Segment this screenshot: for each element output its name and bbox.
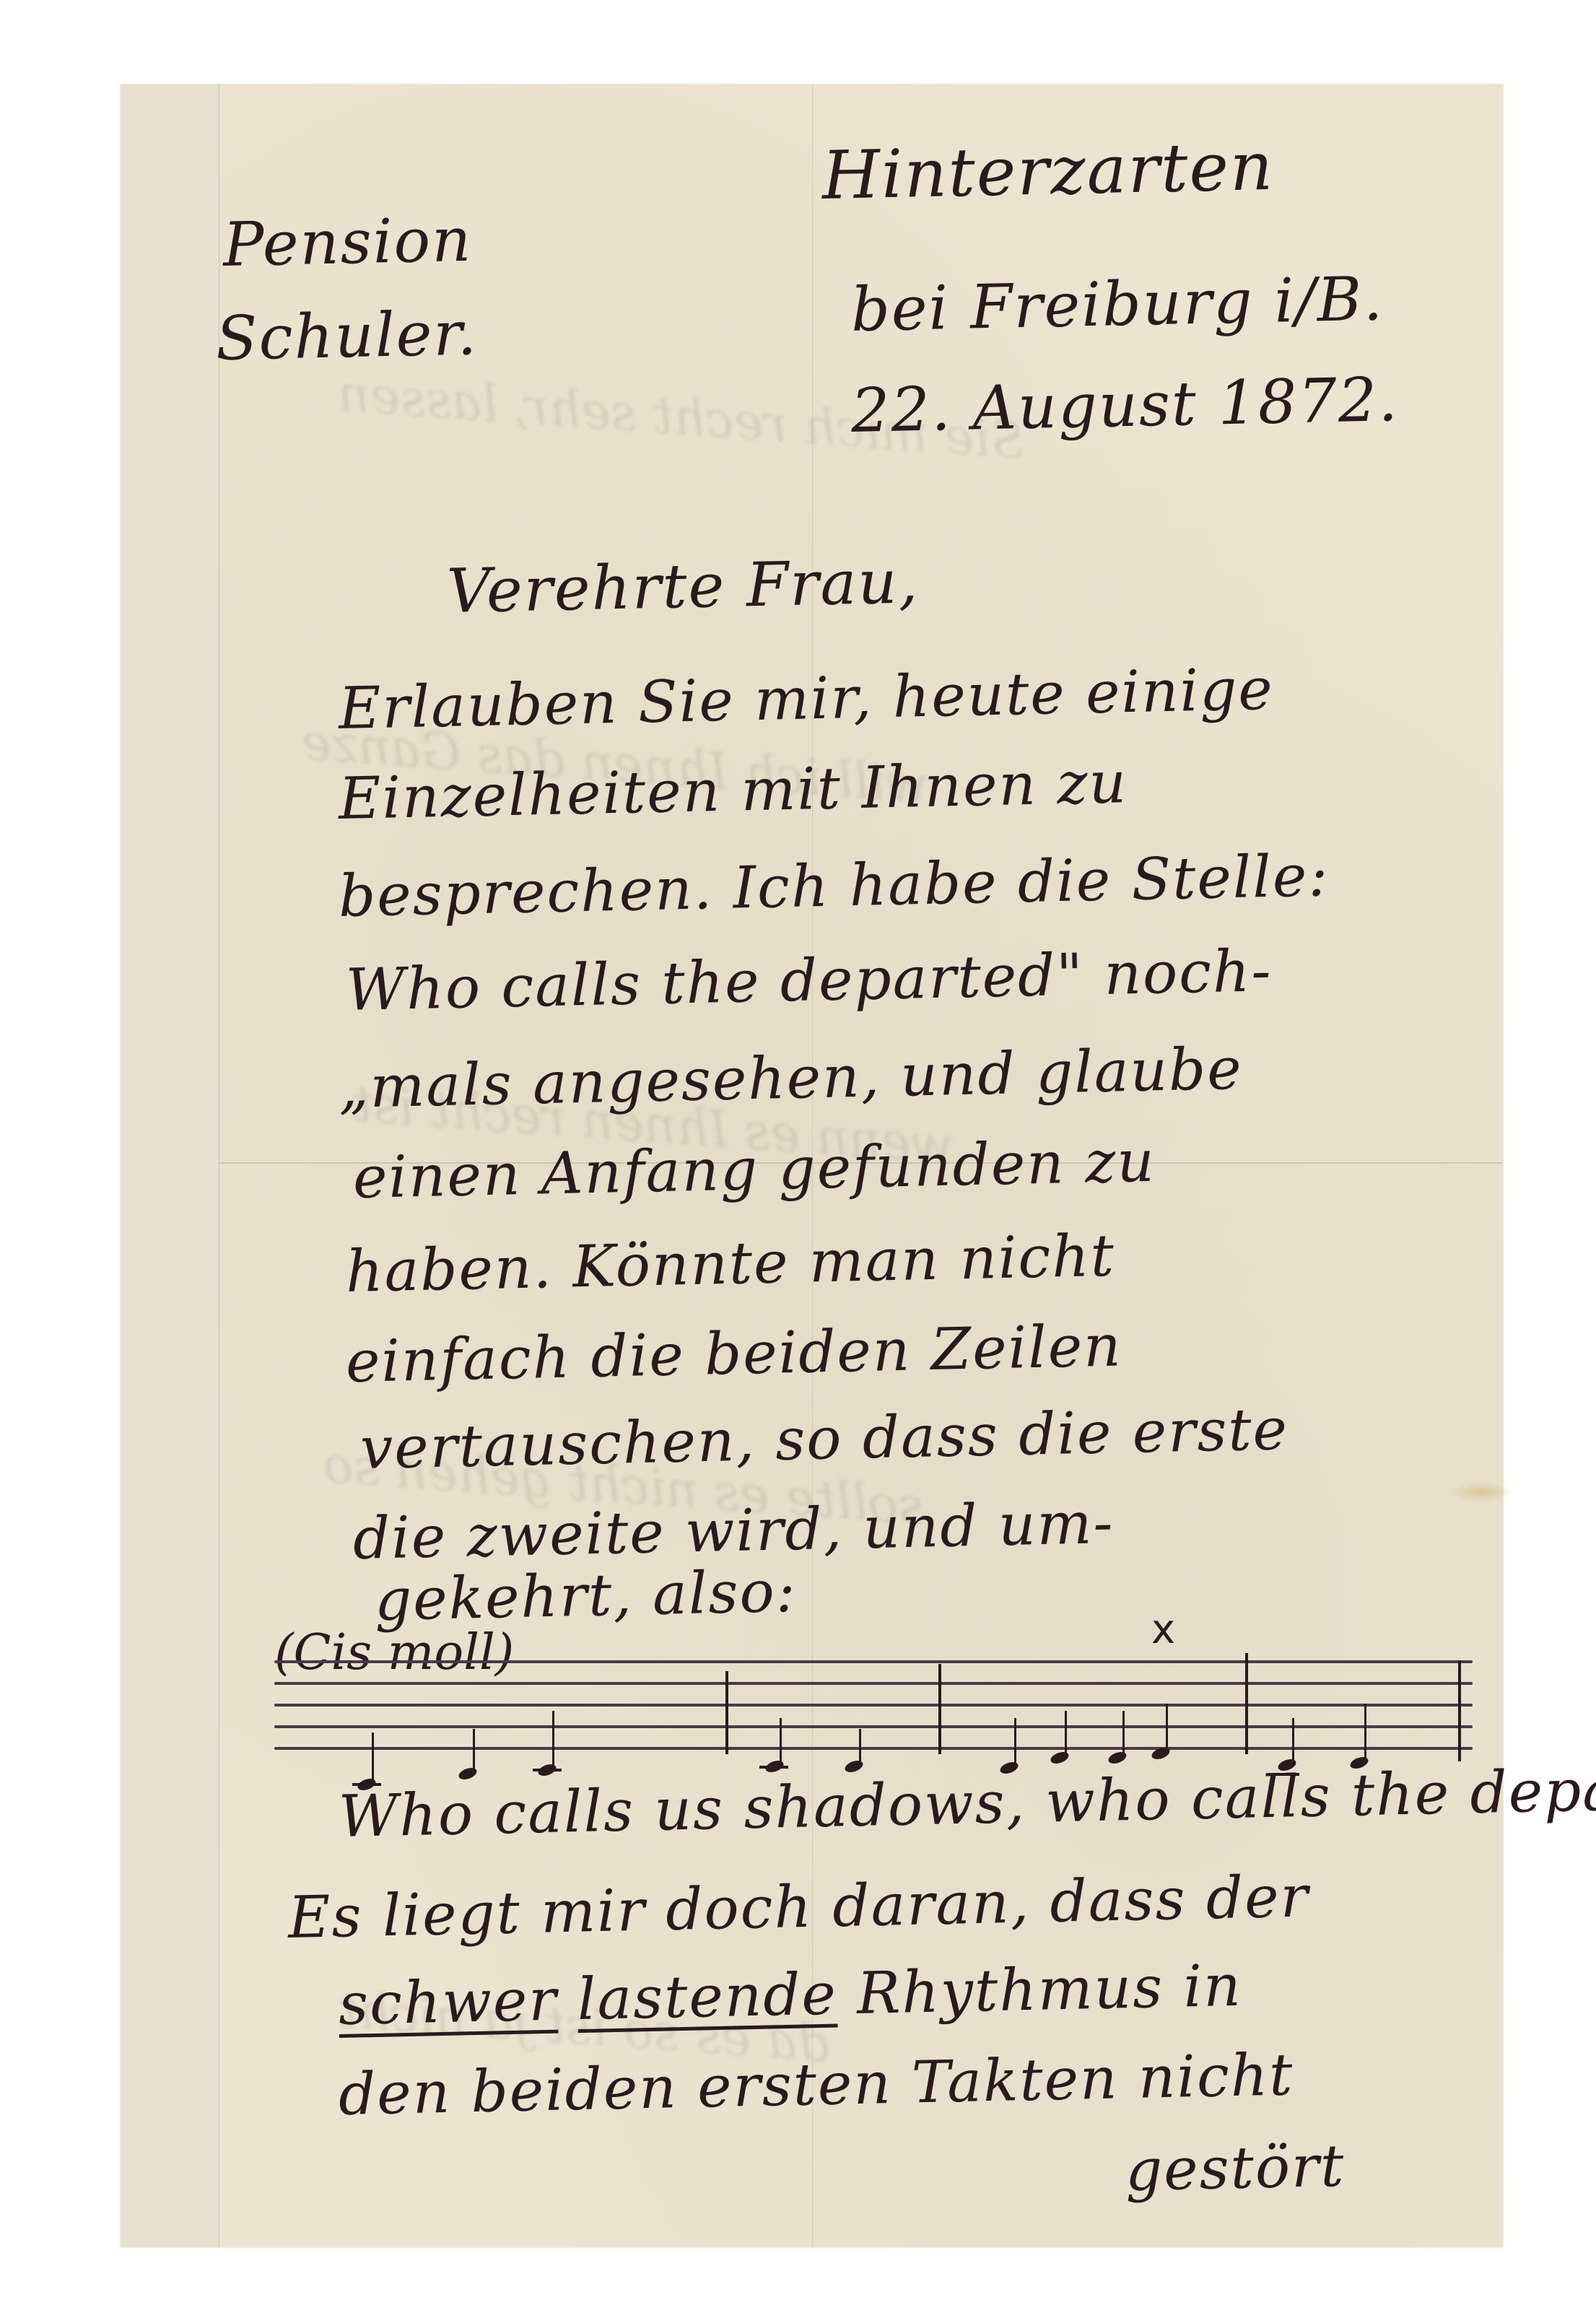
- address-schuler: Schuler.: [215, 297, 479, 374]
- binding-strip: [121, 84, 219, 2247]
- place-near: bei Freiburg i/B.: [850, 263, 1384, 345]
- underlined-word: lastende: [577, 1961, 838, 2034]
- barline: [1245, 1653, 1248, 1754]
- music-note: [457, 1766, 478, 1782]
- paper-stain: [1449, 1481, 1514, 1503]
- closing-line: gestört: [1125, 2132, 1346, 2204]
- staff-line: [274, 1682, 1473, 1685]
- staff-line: [274, 1704, 1473, 1707]
- address-pension: Pension: [222, 204, 473, 280]
- staff-line: [274, 1660, 1473, 1663]
- underlined-word: schwer: [338, 1966, 558, 2038]
- letter-date: 22. August 1872.: [850, 364, 1400, 446]
- body-line: gekehrt, also:: [374, 1558, 797, 1634]
- salutation: Verehrte Frau,: [446, 546, 920, 627]
- barline: [725, 1671, 728, 1754]
- music-note: [1107, 1750, 1128, 1766]
- barline: [1458, 1660, 1461, 1761]
- barline: [938, 1664, 941, 1754]
- place-name: Hinterzarten: [821, 128, 1275, 214]
- ledger-line: [533, 1769, 562, 1771]
- accidental-mark: x: [1151, 1606, 1175, 1653]
- ledger-line: [759, 1766, 788, 1769]
- music-note: [1049, 1750, 1070, 1766]
